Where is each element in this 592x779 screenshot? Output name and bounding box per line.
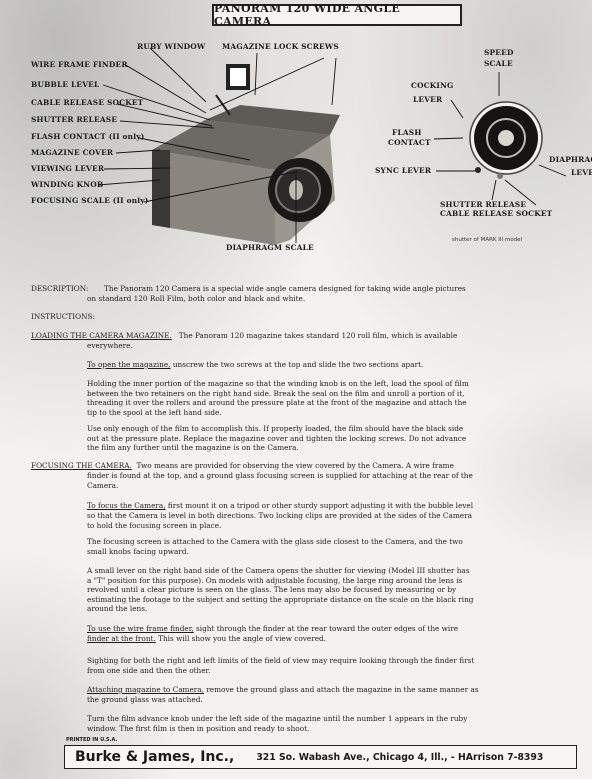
label-shutter-release-2: SHUTTER RELEASE xyxy=(440,201,526,209)
lever-line: estimating the footage to the subject an… xyxy=(87,595,557,605)
open-magazine-lead: To open the magazine, xyxy=(87,360,171,369)
label-viewing-lever: VIEWING LEVER xyxy=(31,165,104,173)
turn-line: window. The first film is then in positi… xyxy=(87,724,557,734)
label-flash-contact: FLASH CONTACT (II only) xyxy=(31,133,144,141)
label-flash-contact-1: FLASH xyxy=(392,129,422,137)
label-diaphragm-lever-2: LEVER xyxy=(571,169,592,177)
use-only-paragraph: Use only enough of the film to accomplis… xyxy=(87,424,557,453)
label-magazine-lock-screws: MAGAZINE LOCK SCREWS xyxy=(222,43,339,51)
label-bubble-level: BUBBLE LEVEL xyxy=(31,81,99,89)
footer-banner: Burke & James, Inc., 321 So. Wabash Ave.… xyxy=(64,745,577,769)
printed-in-usa: PRINTED IN U.S.A. xyxy=(66,737,117,743)
instructions-label: INSTRUCTIONS: xyxy=(31,312,95,322)
use-only-line: out at the pressure plate. Replace the m… xyxy=(87,434,557,444)
label-speed-scale-2: SCALE xyxy=(484,60,513,68)
label-diaphragm-lever-1: DIAPHRAGM xyxy=(549,156,592,164)
turn-line: Turn the film advance knob under the lef… xyxy=(87,714,557,724)
to-focus-line: so that the Camera is level in both dire… xyxy=(87,511,557,521)
label-cable-release-socket: CABLE RELEASE SOCKET xyxy=(31,99,143,107)
focusing-section: FOCUSING THE CAMERA. Two means are provi… xyxy=(31,461,454,471)
label-shutter-release: SHUTTER RELEASE xyxy=(31,116,117,124)
attach-paragraph: Attaching magazine to Camera, remove the… xyxy=(87,685,478,695)
label-diaphragm-scale: DIAPHRAGM SCALE xyxy=(226,244,314,252)
turn-paragraph: Turn the film advance knob under the lef… xyxy=(87,714,557,733)
lever-line: revolved until a clear picture is seen o… xyxy=(87,585,557,595)
lever-paragraph: A small lever on the right hand side of … xyxy=(87,566,557,614)
attach-lead: Attaching magazine to Camera, xyxy=(87,685,204,694)
focusing-intro-line-2: finder is found at the top, and a ground… xyxy=(87,471,473,481)
lever-line: A small lever on the right hand side of … xyxy=(87,566,557,576)
screen-paragraph: The focusing screen is attached to the C… xyxy=(87,537,557,556)
wire-finder-line-2-lead: finder at the front. xyxy=(87,634,156,643)
open-magazine-paragraph: To open the magazine, unscrew the two sc… xyxy=(87,360,423,370)
label-ruby-window: RUBY WINDOW xyxy=(137,43,205,51)
sighting-paragraph: Sighting for both the right and left lim… xyxy=(87,656,557,675)
lever-line: a "T" position for this purpose). On mod… xyxy=(87,576,557,586)
holding-paragraph: Holding the inner portion of the magazin… xyxy=(87,379,557,417)
label-cocking-lever-2: LEVER xyxy=(413,96,442,104)
label-flash-contact-2: CONTACT xyxy=(388,139,431,147)
to-focus-paragraph: To focus the Camera, first mount it on a… xyxy=(87,501,473,511)
camera-body-icon xyxy=(152,66,340,245)
holding-line: threading it over the rollers and around… xyxy=(87,398,557,408)
loading-intro-line-2: everywhere. xyxy=(87,341,133,351)
company-name: Burke & James, Inc., xyxy=(75,749,234,765)
use-only-line: Use only enough of the film to accomplis… xyxy=(87,424,557,434)
company-address: 321 So. Wabash Ave., Chicago 4, Ill., - … xyxy=(256,752,543,763)
holding-line: between the two retainers on the right h… xyxy=(87,389,557,399)
holding-line: tip to the spool at the left hand side. xyxy=(87,408,557,418)
wire-finder-line-2: finder at the front. This will show you … xyxy=(87,634,326,644)
description-label: DESCRIPTION: xyxy=(31,284,88,294)
wire-finder-paragraph: To use the wire frame finder, sight thro… xyxy=(87,624,458,634)
focusing-intro-line-3: Camera. xyxy=(87,481,118,491)
label-magazine-cover: MAGAZINE COVER xyxy=(31,149,113,157)
label-winding-knob: WINDING KNOB xyxy=(31,181,103,189)
loading-heading: LOADING THE CAMERA MAGAZINE. xyxy=(31,331,172,340)
label-cable-release-socket-2: CABLE RELEASE SOCKET xyxy=(440,210,552,218)
lever-line: around the lens. xyxy=(87,604,557,614)
label-cocking-lever-1: COCKING xyxy=(411,82,454,90)
to-focus-line: to hold the focusing screen in place. xyxy=(87,521,557,531)
use-only-line: the film any further until the magazine … xyxy=(87,443,557,453)
sighting-line: Sighting for both the right and left lim… xyxy=(87,656,557,666)
screen-line: small knobs facing upward. xyxy=(87,547,557,557)
sighting-line: from one side and then the other. xyxy=(87,666,557,676)
attach-rest: remove the ground glass and attach the m… xyxy=(204,685,479,694)
description-line-2: on standard 120 Roll Film, both color an… xyxy=(87,294,305,304)
holding-line: Holding the inner portion of the magazin… xyxy=(87,379,557,389)
wire-finder-lead: To use the wire frame finder, xyxy=(87,624,194,633)
label-wire-frame-finder: WIRE FRAME FINDER xyxy=(31,61,128,69)
focusing-heading: FOCUSING THE CAMERA. xyxy=(31,461,132,470)
to-focus-lead: To focus the Camera, xyxy=(87,501,166,510)
wire-finder-line-2-rest: This will show you the angle of view cov… xyxy=(156,634,326,643)
shutter-icon xyxy=(470,102,542,179)
attach-line-2: the ground glass was attached. xyxy=(87,695,203,705)
focusing-intro-line-1: Two means are provided for observing the… xyxy=(136,461,453,470)
to-focus-continued: so that the Camera is level in both dire… xyxy=(87,511,557,530)
loading-intro-line-1: The Panoram 120 magazine takes standard … xyxy=(179,331,458,340)
description-line-1: The Panoram 120 Camera is a special wide… xyxy=(104,284,466,294)
open-magazine-rest: unscrew the two screws at the top and sl… xyxy=(171,360,424,369)
label-focusing-scale: FOCUSING SCALE (II only) xyxy=(31,197,149,205)
label-speed-scale-1: SPEED xyxy=(484,49,514,57)
loading-section: LOADING THE CAMERA MAGAZINE. The Panoram… xyxy=(31,331,457,341)
screen-line: The focusing screen is attached to the C… xyxy=(87,537,557,547)
shutter-caption: shutter of MARK III model xyxy=(452,237,522,243)
to-focus-rest: first mount it on a tripod or other stur… xyxy=(166,501,474,510)
wire-finder-rest: sight through the finder at the rear tow… xyxy=(194,624,458,633)
label-sync-lever: SYNC LEVER xyxy=(375,167,431,175)
